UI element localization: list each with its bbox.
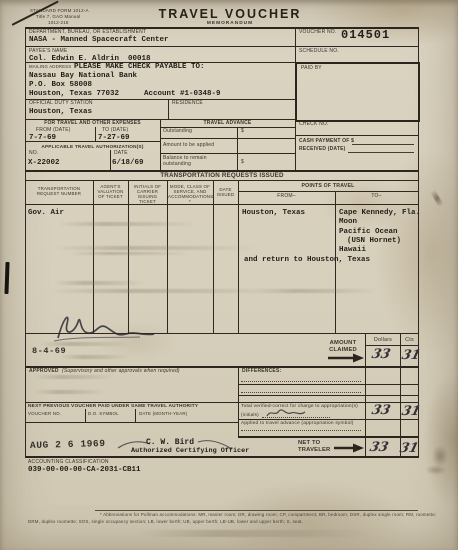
stain [140, 530, 370, 537]
border-left [25, 27, 26, 457]
rule [25, 180, 419, 181]
rule [295, 135, 418, 136]
request-number-value: Gov. Air [28, 209, 64, 217]
duty-station-label: OFFICIAL DUTY STATION [29, 101, 93, 107]
date-month-year-label: DATE (MONTH-YEAR) [139, 411, 187, 416]
points-to-line3: Pacific Ocean [339, 228, 398, 236]
arrow-icon [328, 353, 364, 363]
amount-claimed-label: AMOUNT CLAIMED [320, 340, 366, 353]
divider [95, 127, 96, 141]
column-line [238, 180, 239, 333]
rule [25, 422, 238, 423]
column-line [213, 180, 214, 333]
authorization-no-label: NO. [29, 151, 39, 157]
margin-mark [425, 465, 447, 475]
margin-mark [430, 189, 443, 207]
rule [160, 138, 295, 139]
stain [58, 222, 198, 226]
fill-in-line [352, 144, 414, 145]
paid-by-label: PAID BY [301, 66, 322, 72]
amount-claimed-cents: 31 [400, 348, 422, 363]
stain [35, 390, 105, 394]
authorization-header: APPLICABLE TRAVEL AUTHORIZATION(S) [25, 144, 160, 149]
mailing-instruction: PLEASE MAKE CHECK PAYABLE TO: [74, 63, 205, 71]
duty-station-value: Houston, Texas [29, 108, 92, 116]
stain [55, 281, 145, 285]
cents-header: Cts [401, 337, 418, 343]
form-number-line3: 1012-218 [48, 20, 69, 25]
residence-label: RESIDENCE [172, 101, 203, 107]
to-column-header: TO– [335, 194, 418, 200]
col-header-mode: MODE, CLASS OF SERVICE, AND ACCOMMODATIO… [168, 184, 212, 204]
divider [135, 409, 136, 422]
points-to-line4: (USN Hornet) [347, 237, 401, 245]
prev-voucher-no-label: VOUCHER NO. [28, 411, 61, 416]
page-title: TRAVEL VOUCHER [130, 7, 330, 21]
handwritten-initials [264, 407, 308, 419]
advance-balance-label: Balance to remain outstanding [163, 156, 231, 168]
check-no-label: CHECK NO. [299, 122, 329, 128]
rule [238, 395, 419, 396]
differences-label: DIFFERENCES: [242, 369, 281, 375]
do-symbol-label: D.O. SYMBOL [88, 411, 119, 416]
rule [238, 419, 419, 420]
advance-applied-label: Amount to be applied [163, 143, 214, 149]
dollar-sign: $ [241, 160, 244, 166]
account-number-value: Account #1-0348-9 [144, 90, 221, 98]
mailing-line2: P.O. Box 58008 [29, 81, 92, 89]
voucher-no-value: 014501 [341, 29, 390, 42]
accounting-classification-label: ACCOUNTING CLASSIFICATION [28, 460, 109, 466]
approved-label: APPROVED [29, 369, 59, 375]
total-verified-dollars: 33 [370, 403, 392, 418]
divider [237, 127, 238, 170]
mailing-line1: Nassau Bay National Bank [29, 72, 137, 80]
certifying-officer-title: Authorized Certifying Officer [131, 448, 249, 455]
divider [168, 99, 169, 119]
rule [238, 191, 418, 192]
dotted-line [241, 381, 361, 382]
dollar-sign: $ [241, 129, 244, 135]
cash-payment-label: CASH PAYMENT OF $ [299, 139, 354, 145]
net-to-traveler-label: NET TO TRAVELER [298, 440, 338, 453]
rule [25, 46, 419, 47]
net-dollars: 33 [368, 440, 390, 455]
travel-voucher-document: STANDARD FORM 1012-A Title 7, GAO Manual… [0, 0, 458, 550]
points-of-travel-header: POINTS OF TRAVEL [238, 184, 418, 190]
dotted-line [241, 430, 361, 431]
mailing-line3: Houston, Texas 77032 [29, 90, 119, 98]
applied-advance-label: Applied to travel advance (appropriation… [241, 421, 411, 427]
mailing-address-label: MAILING ADDRESS [29, 65, 71, 70]
received-date-label: RECEIVED (DATE) [299, 147, 346, 153]
from-date-label: FROM (DATE) [36, 128, 71, 134]
net-cents: 31 [398, 441, 420, 456]
stain [50, 289, 280, 293]
payee-name-label: PAYEE'S NAME [29, 49, 67, 55]
col-header-initials: INITIALS OF CARRIER ISSUING TICKET [129, 184, 166, 204]
rule [25, 204, 419, 205]
stain [60, 355, 130, 359]
authorization-no-value: X-22002 [28, 159, 60, 167]
margin-mark [432, 445, 448, 467]
rule [160, 153, 295, 154]
rule [25, 141, 160, 142]
arrow-icon [334, 443, 364, 453]
stain [70, 252, 190, 255]
form-number-line2: Title 7, GAO Manual [36, 14, 80, 19]
next-voucher-header: NEXT PREVIOUS VOUCHER PAID UNDER SAME TR… [28, 404, 198, 410]
divider [110, 150, 111, 170]
rule [238, 436, 419, 438]
department-value: NASA - Manned Spacecraft Center [29, 36, 169, 44]
rule [25, 402, 419, 403]
points-from-value: Houston, Texas [242, 209, 305, 217]
rule [365, 345, 418, 346]
points-to-line1: Cape Kennedy, Fla. [339, 209, 420, 217]
page-subtitle: MEMORANDUM [130, 21, 330, 27]
initials-label: (initials) [241, 412, 259, 417]
col-header-agents-valuation: AGENT'S VALUATION OF TICKET [94, 184, 127, 199]
stain [55, 246, 255, 250]
amount-claimed-dollars: 33 [370, 347, 392, 362]
handwritten-note [50, 308, 210, 344]
dollars-header: Dollars [366, 337, 400, 343]
stain [255, 289, 375, 293]
total-verified-cents: 31 [400, 404, 422, 419]
footnote-line1: * Abbreviations for Pullman accommodatio… [100, 512, 436, 517]
accounting-classification-value: 039-00-00-00-CA-2031-CB11 [28, 466, 141, 474]
points-to-line5: Hawaii [339, 246, 366, 254]
transportation-section-header: TRANSPORTATION REQUESTS ISSUED [25, 172, 419, 179]
fill-in-line [348, 152, 414, 153]
col-header-date-issued: DATE ISSUED [214, 187, 237, 197]
return-note: and return to Houston, Texas [244, 256, 370, 264]
col-header-request-number: TRANSPORTATION REQUEST NUMBER [27, 186, 91, 196]
rule-bottom [25, 456, 419, 458]
dotted-line [241, 392, 361, 393]
authorization-date-label: DATE [114, 151, 128, 157]
department-label: DEPARTMENT, BUREAU, OR ESTABLISHMENT [29, 30, 146, 36]
travel-advance-header: TRAVEL ADVANCE [160, 121, 295, 127]
to-date-label: TO (DATE) [102, 128, 128, 134]
divider [85, 409, 86, 422]
voucher-no-label: VOUCHER NO. [299, 30, 336, 36]
authorization-date-value: 6/18/69 [112, 159, 144, 167]
travel-period-header: FOR TRAVEL AND OTHER EXPENSES [25, 121, 160, 127]
from-column-header: FROM– [238, 194, 335, 200]
rule [238, 384, 419, 385]
footnote-rule [95, 510, 418, 511]
rule [25, 333, 419, 334]
stain [35, 375, 115, 379]
binder-mark [4, 262, 9, 294]
points-to-line2: Moon [339, 218, 357, 226]
advance-outstanding-label: Outstanding [163, 129, 192, 135]
approved-note: (Supervisory and other approvals when re… [62, 369, 180, 375]
date-received-stamp: AUG 2 6 1969 [30, 439, 106, 451]
date-stamp: 8-4-69 [32, 347, 66, 356]
schedule-no-label: SCHEDULE NO. [299, 49, 339, 55]
footnote-line2: DRM, duplex roomette; SOS, single occupa… [28, 519, 303, 524]
